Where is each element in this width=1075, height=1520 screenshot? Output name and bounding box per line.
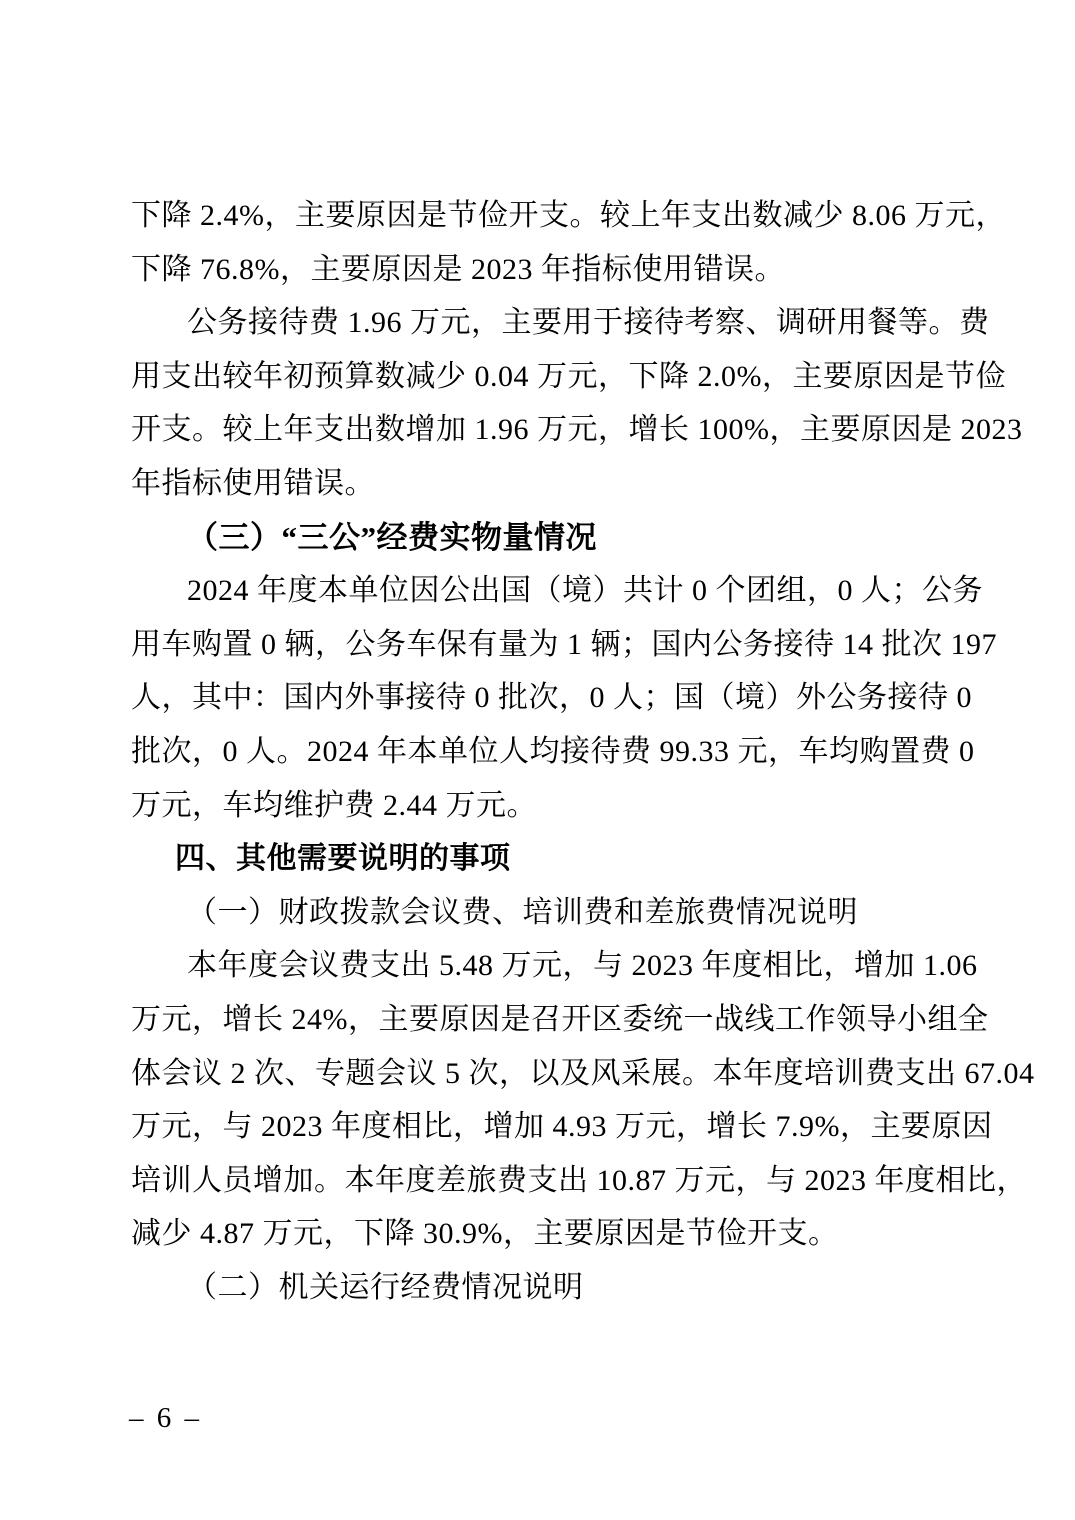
- text-line: 体会议 2 次、专题会议 5 次，以及风采展。本年度培训费支出 67.04: [131, 1047, 944, 1101]
- text-line: 公务接待费 1.96 万元，主要用于接待考察、调研用餐等。费: [131, 296, 944, 350]
- text-line: 万元，与 2023 年度相比，增加 4.93 万元，增长 7.9%，主要原因: [131, 1100, 944, 1154]
- text-line: 2024 年度本单位因公出国（境）共计 0 个团组，0 人；公务: [131, 564, 944, 618]
- text-line: 用车购置 0 辆，公务车保有量为 1 辆；国内公务接待 14 批次 197: [131, 618, 944, 672]
- text-line: 减少 4.87 万元，下降 30.9%，主要原因是节俭开支。: [131, 1207, 944, 1261]
- document-page: 下降 2.4%，主要原因是节俭开支。较上年支出数减少 8.06 万元， 下降 7…: [0, 0, 1075, 1520]
- text-line: 本年度会议费支出 5.48 万元，与 2023 年度相比，增加 1.06: [131, 939, 944, 993]
- text-line: 下降 2.4%，主要原因是节俭开支。较上年支出数减少 8.06 万元，: [131, 189, 944, 243]
- heading-three-public-physical: （三）“三公”经费实物量情况: [131, 511, 944, 565]
- subheading-meeting-training-travel: （一）财政拨款会议费、培训费和差旅费情况说明: [131, 886, 944, 940]
- text-line: 用支出较年初预算数减少 0.04 万元，下降 2.0%，主要原因是节俭: [131, 350, 944, 404]
- text-line: 人，其中：国内外事接待 0 批次，0 人；国（境）外公务接待 0: [131, 671, 944, 725]
- text-line: 开支。较上年支出数增加 1.96 万元，增长 100%，主要原因是 2023: [131, 403, 944, 457]
- text-line: 万元，车均维护费 2.44 万元。: [131, 779, 944, 833]
- page-number: – 6 –: [129, 1398, 202, 1438]
- text-line: 年指标使用错误。: [131, 457, 944, 511]
- text-line: 万元，增长 24%，主要原因是召开区委统一战线工作领导小组全: [131, 993, 944, 1047]
- document-body: 下降 2.4%，主要原因是节俭开支。较上年支出数减少 8.06 万元， 下降 7…: [131, 189, 944, 1314]
- text-line: 下降 76.8%，主要原因是 2023 年指标使用错误。: [131, 243, 944, 297]
- text-line: 批次，0 人。2024 年本单位人均接待费 99.33 元，车均购置费 0: [131, 725, 944, 779]
- heading-other-matters: 四、其他需要说明的事项: [131, 832, 944, 886]
- subheading-agency-operating: （二）机关运行经费情况说明: [131, 1261, 944, 1315]
- text-line: 培训人员增加。本年度差旅费支出 10.87 万元，与 2023 年度相比，: [131, 1154, 944, 1208]
